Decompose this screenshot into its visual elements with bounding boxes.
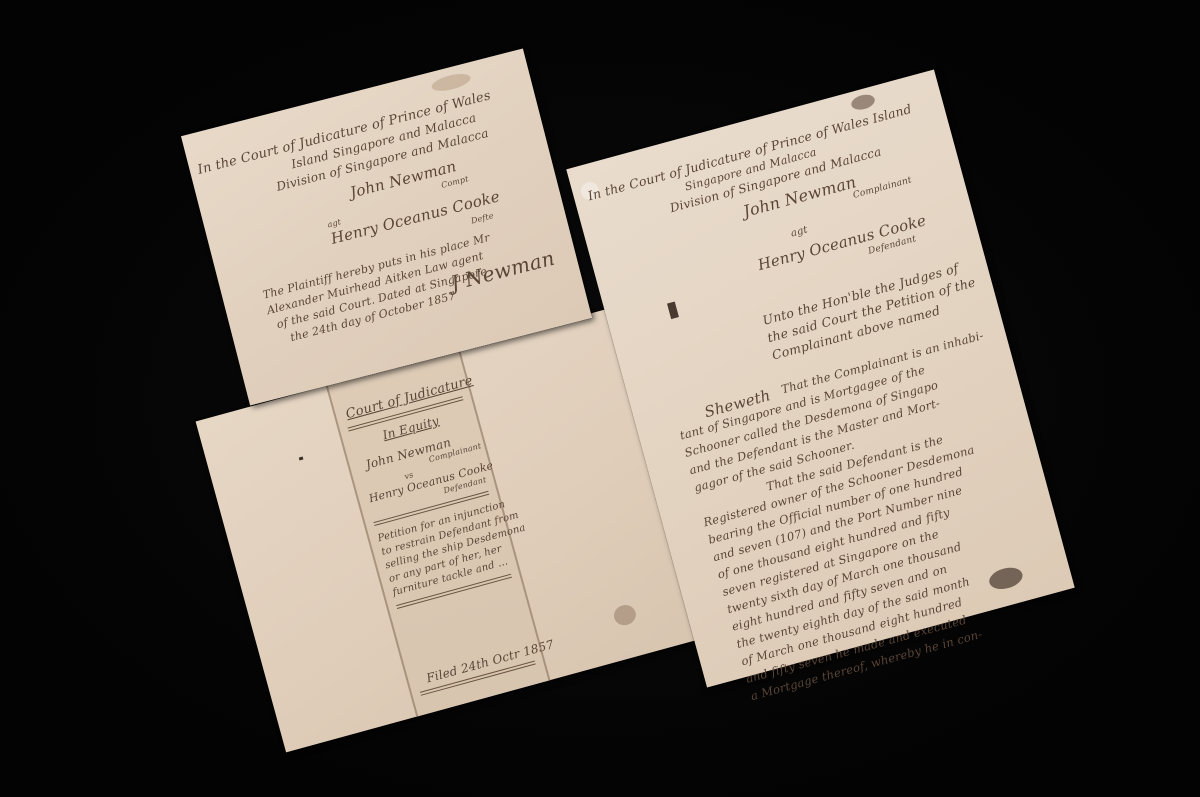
docket-filed-date: Filed 24th Octr 1857 xyxy=(425,637,556,685)
versus-label: agt xyxy=(790,224,809,239)
ink-blot xyxy=(850,92,877,112)
docket-panel: Court of Judicature In Equity John Newma… xyxy=(326,349,551,717)
stain-mark xyxy=(612,603,638,628)
stain-mark xyxy=(430,71,472,95)
ink-dot xyxy=(299,457,304,461)
black-backdrop: Court of Judicature In Equity John Newma… xyxy=(0,0,1200,797)
binding-tab xyxy=(667,302,679,320)
complainant-role: Complainant xyxy=(852,175,913,201)
defendant-role: Defte xyxy=(470,211,495,225)
ink-blot xyxy=(987,564,1025,592)
